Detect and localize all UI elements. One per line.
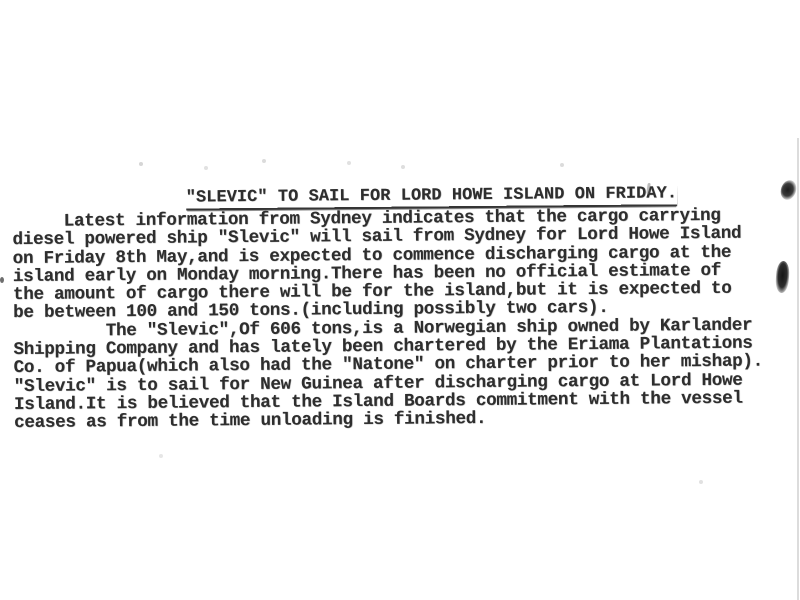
stray-ink-dot xyxy=(0,277,4,283)
typewritten-content: "SLEVIC" TO SAIL FOR LORD HOWE ISLAND ON… xyxy=(0,0,800,600)
paper-specks xyxy=(0,0,2,2)
scanned-document: "SLEVIC" TO SAIL FOR LORD HOWE ISLAND ON… xyxy=(0,0,800,600)
text-line: ceases as from the time unloading is fin… xyxy=(14,408,763,433)
scan-edge-line xyxy=(797,138,799,600)
headline-text: "SLEVIC" TO SAIL FOR LORD HOWE ISLAND ON… xyxy=(186,184,677,208)
body-text: Latest information from Sydney indicates… xyxy=(12,207,763,433)
